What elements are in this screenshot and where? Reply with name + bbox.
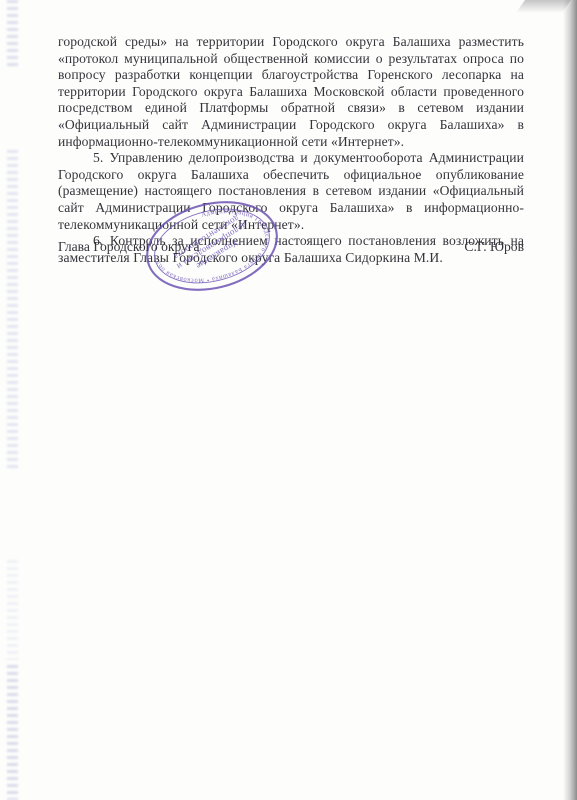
page-right-scan-shadow [563,0,577,800]
signatory-title: Глава Городского округа [58,239,200,255]
left-edge-bleedthrough-artifact [7,0,18,70]
page-top-right-scan-shadow [516,0,571,13]
paragraph-item-5: 5. Управлению делопроизводства и докумен… [58,150,524,233]
document-text-block: городской среды» на территории Городског… [58,34,524,266]
left-edge-bleedthrough-artifact [7,150,18,470]
signatory-name: С.Г. Юров [464,239,524,255]
left-edge-bleedthrough-artifact [7,665,18,800]
scanned-document-page: { "document": { "paragraphs": [ { "text"… [0,0,577,800]
signature-row: Глава Городского округа С.Г. Юров [58,239,524,255]
paragraph-continuation: городской среды» на территории Городског… [58,34,524,150]
left-edge-bleedthrough-artifact [7,560,18,660]
